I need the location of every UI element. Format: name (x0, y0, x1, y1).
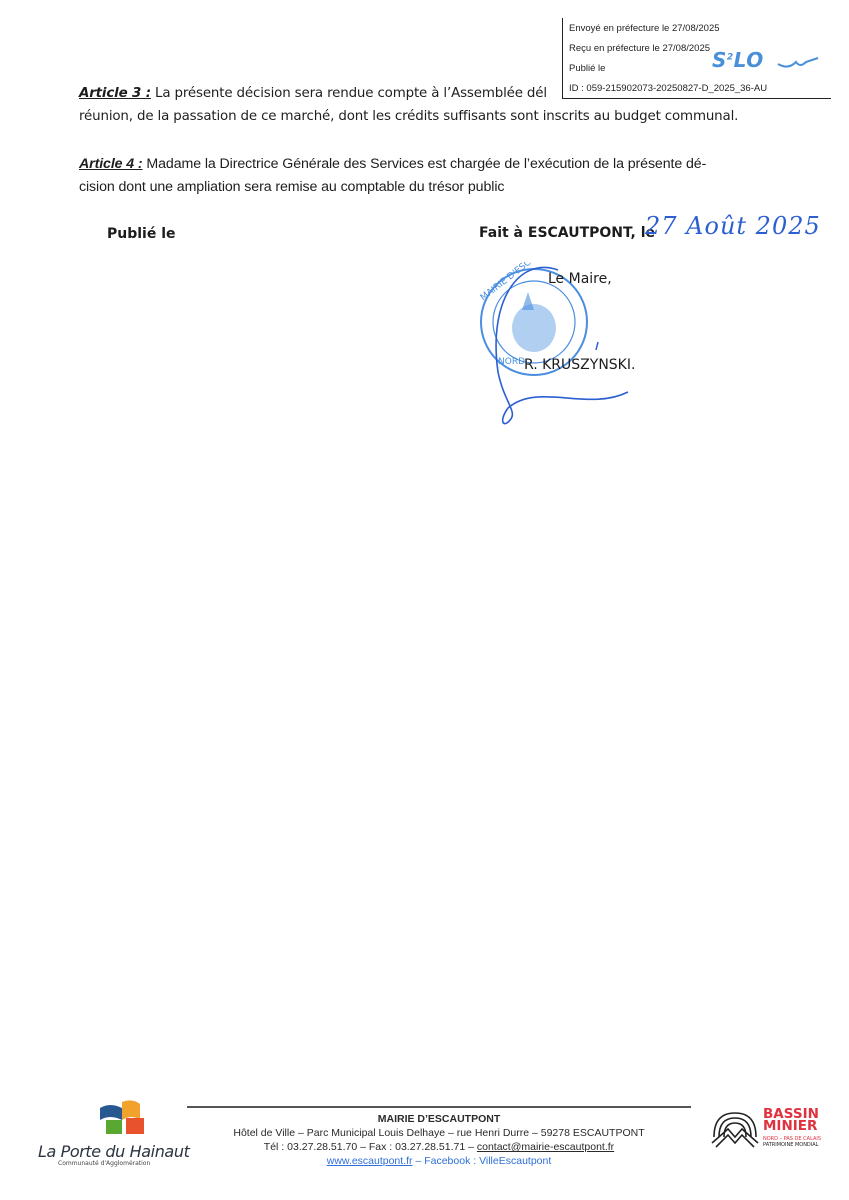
article-4: Article 4 : Madame la Directrice Général… (79, 153, 706, 199)
article-3-line1: La présente décision sera rendue compte … (151, 86, 547, 101)
footer-email-link[interactable]: contact@mairie-escautpont.fr (477, 1141, 614, 1153)
article-4-line1: Madame la Directrice Générale des Servic… (143, 156, 707, 172)
footer-website-link[interactable]: www.escautpont.fr (327, 1155, 413, 1167)
bassin-line4: PATRIMOINE MONDIAL (763, 1142, 821, 1148)
footer-address: Hôtel de Ville – Parc Municipal Louis De… (187, 1126, 691, 1140)
stamp-received: Reçu en préfecture le 27/08/2025 (569, 43, 710, 54)
footer-facebook: – Facebook : VilleEscautpont (413, 1155, 552, 1167)
article-3-line2: réunion, de la passation de ce marché, d… (79, 105, 738, 128)
bassin-minier-logo: BASSIN MINIER (763, 1108, 819, 1132)
porte-du-hainaut-name: La Porte du Hainaut (38, 1142, 189, 1161)
article-4-label: Article 4 : (79, 156, 143, 172)
article-4-line2: cision dont une ampliation sera remise a… (79, 176, 706, 199)
mairie-seal-icon: MAIRIE D'ESC NORD (478, 262, 638, 442)
signer-name: R. KRUSZYNSKI. (524, 357, 635, 373)
s2low-logo: S2LO (712, 48, 764, 72)
article-3: Article 3 : La présente décision sera re… (79, 82, 738, 128)
footer-divider (187, 1106, 691, 1108)
mayor-role: Le Maire, (548, 271, 612, 287)
handwritten-date: 27 Août 2025 (645, 212, 821, 240)
done-at-label: Fait à ESCAUTPONT, le (479, 225, 655, 241)
bassin-minier-fingerprint-icon (710, 1107, 760, 1151)
article-3-label: Article 3 : (79, 86, 151, 101)
footer-address-block: MAIRIE D’ESCAUTPONT Hôtel de Ville – Par… (187, 1112, 691, 1168)
porte-du-hainaut-subtitle: Communauté d'Agglomération (58, 1160, 150, 1167)
published-label: Publié le (107, 226, 176, 242)
bassin-line2: MINIER (763, 1120, 819, 1132)
stamp-sent: Envoyé en préfecture le 27/08/2025 (569, 23, 720, 34)
svg-text:NORD: NORD (498, 357, 525, 367)
bassin-subtitle: NORD – PAS DE CALAIS PATRIMOINE MONDIAL (763, 1136, 821, 1148)
s2low-swoosh-icon (776, 56, 820, 70)
footer-phone-fax: Tél : 03.27.28.51.70 – Fax : 03.27.28.51… (264, 1141, 477, 1153)
stamp-published: Publié le (569, 63, 605, 74)
footer-title: MAIRIE D’ESCAUTPONT (187, 1112, 691, 1126)
